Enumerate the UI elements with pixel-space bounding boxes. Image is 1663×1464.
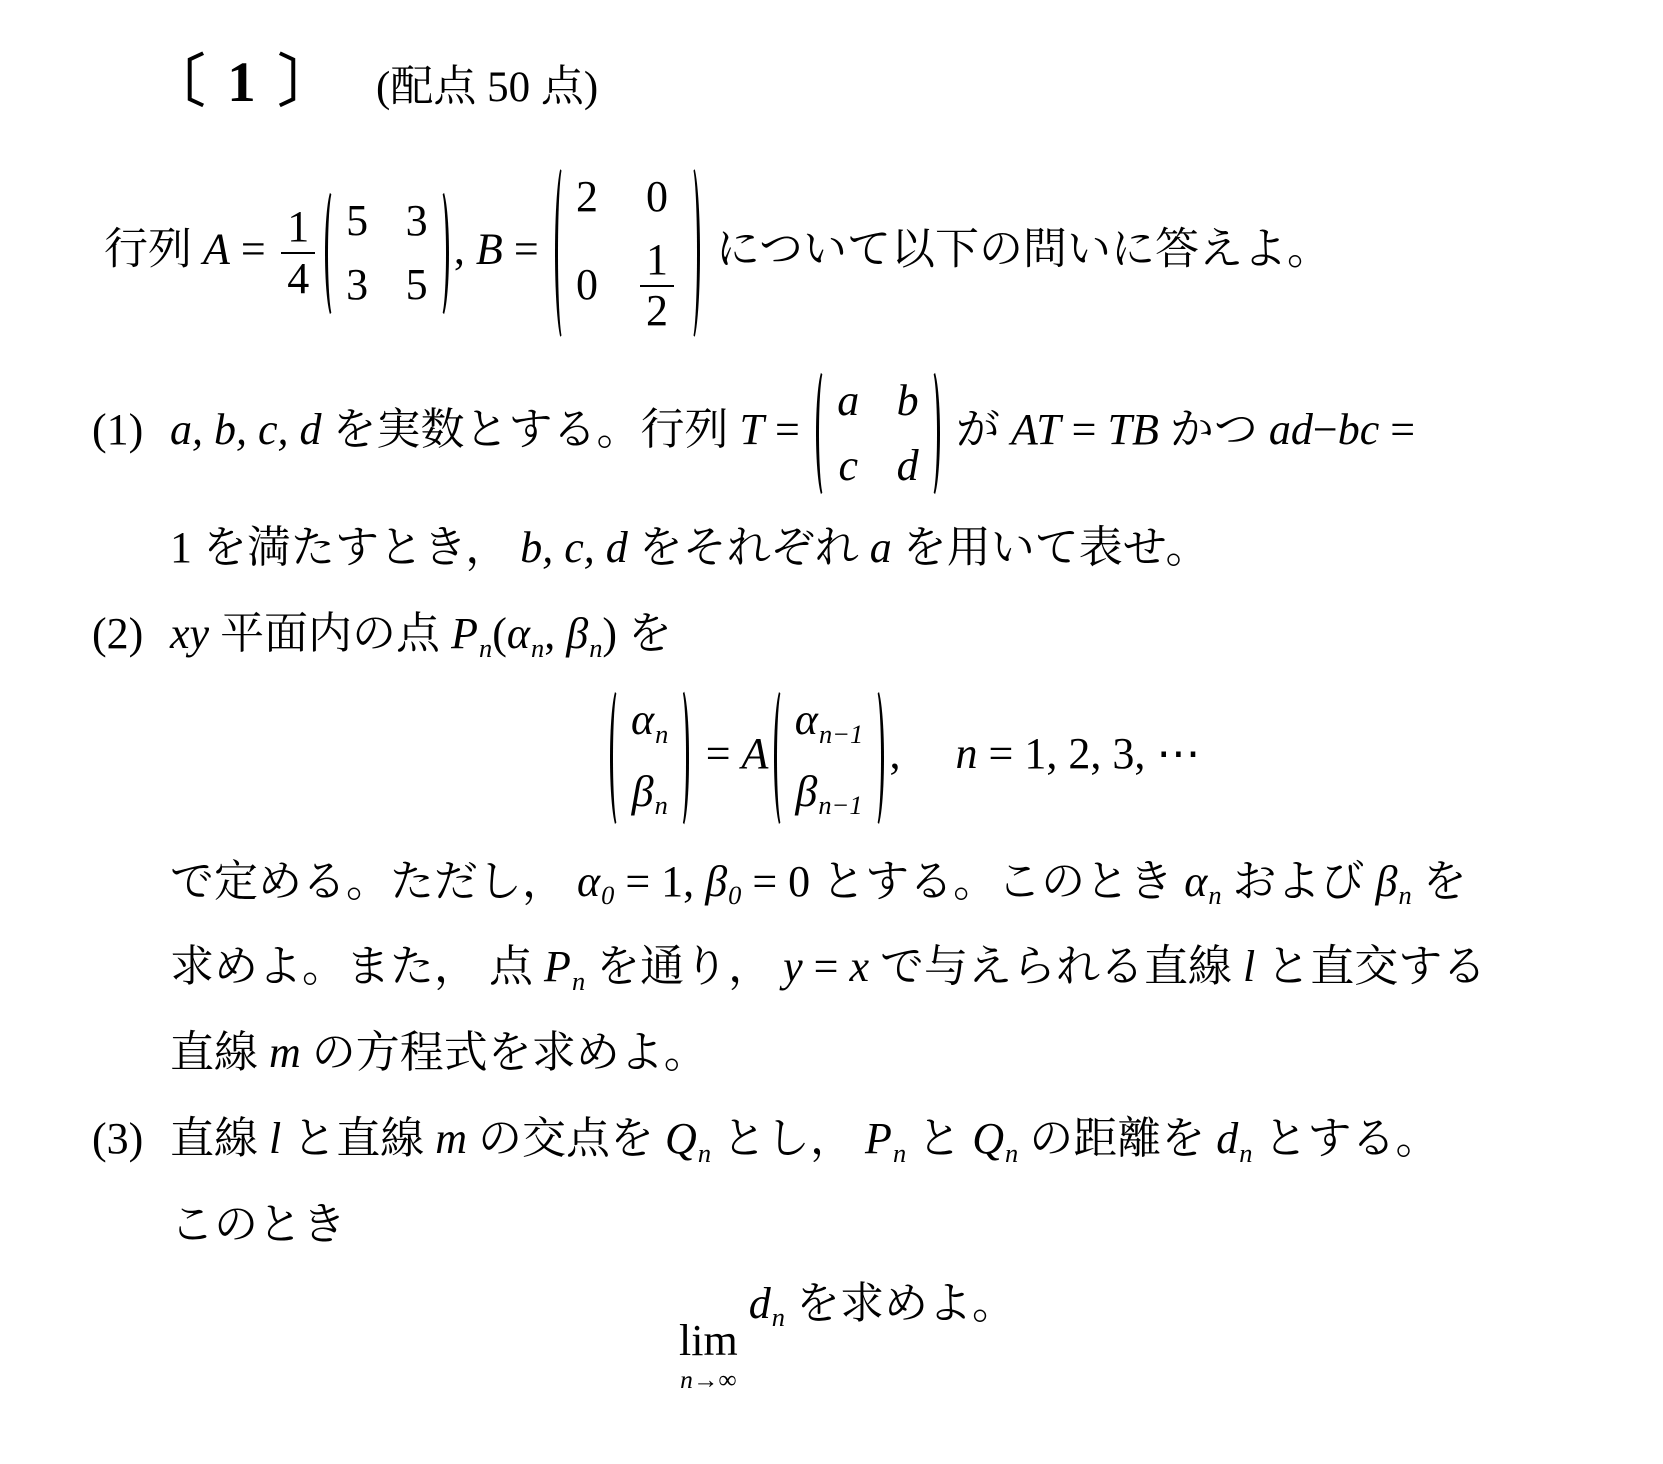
- right-paren-icon: [433, 188, 449, 319]
- math-run: = 0: [741, 857, 810, 906]
- math-run: bc: [1338, 405, 1380, 454]
- text-run: で定める。ただし，: [170, 857, 577, 906]
- text-run: と直線: [281, 1114, 435, 1163]
- sub-base: P: [451, 609, 478, 658]
- left-paren-icon: [816, 368, 832, 499]
- math-run: m: [435, 1114, 467, 1163]
- sub-script: 0: [601, 880, 614, 910]
- numerator: 1: [281, 204, 315, 254]
- subscript-term: βn: [566, 609, 602, 658]
- subscript-term: dn: [749, 1279, 785, 1328]
- text-run: を通り，: [585, 942, 783, 991]
- sub-script: n: [1399, 880, 1412, 910]
- math-run: A: [742, 729, 769, 778]
- math-run: m: [269, 1028, 301, 1077]
- left-paren-icon: [610, 687, 626, 829]
- math-run: (: [492, 609, 507, 658]
- math-run: 3: [346, 260, 368, 311]
- sub-script: n: [655, 719, 668, 749]
- math-run: ,: [454, 224, 476, 273]
- matrix-cells: abcd: [832, 368, 924, 499]
- subscript-term: Qn: [972, 1114, 1018, 1163]
- math-run: xy: [170, 609, 209, 658]
- math-run: 2: [576, 172, 598, 223]
- math-run: c: [838, 441, 858, 492]
- math-run: =: [1061, 405, 1108, 454]
- fraction: 14: [281, 204, 315, 302]
- sub-base: P: [865, 1114, 892, 1163]
- item1-label: (1): [92, 405, 170, 456]
- math-run: = 1, 2, 3, ⋯: [978, 729, 1201, 778]
- math-run: =: [764, 405, 811, 454]
- item3-line2: このとき: [170, 1182, 1603, 1268]
- math-run: 3: [406, 196, 428, 247]
- numerator: 1: [640, 237, 674, 287]
- text-run: とする。このとき: [810, 857, 1184, 906]
- sub-base: Q: [972, 1114, 1004, 1163]
- sub-script: n: [772, 1302, 785, 1332]
- math-run: b, c, d: [520, 523, 628, 572]
- subscript-term: αn: [1184, 857, 1221, 906]
- sub-base: α: [1184, 857, 1207, 906]
- limit-word: lim: [679, 1319, 738, 1363]
- math-run: =: [803, 942, 850, 991]
- math-run: y: [783, 942, 803, 991]
- matrix: abcd: [816, 368, 940, 499]
- left-paren-icon: [555, 164, 571, 342]
- sub-script: n: [893, 1138, 906, 1168]
- text-run: と: [906, 1114, 972, 1163]
- right-paren-icon: [924, 368, 940, 499]
- right-paren-icon: [868, 687, 884, 829]
- math-run: b: [897, 376, 919, 427]
- item3-line1-runs: 直線 l と直線 m の交点を Qn とし， Pn と Qn の距離を dn と…: [170, 1114, 1439, 1163]
- text-run: をそれぞれ: [628, 523, 870, 572]
- item2-body-line3: 直線 m の方程式を求めよ。: [170, 1010, 1603, 1096]
- text-run: を用いて表せ。: [892, 523, 1210, 572]
- text-run: 平面内の点: [209, 609, 451, 658]
- math-run: AT: [1011, 405, 1061, 454]
- sub-script: n: [1208, 880, 1221, 910]
- subscript-term: α0: [577, 857, 614, 906]
- text-run: の距離を: [1018, 1114, 1216, 1163]
- item1-line1: (1)a, b, c, d を実数とする。行列 T = abcd が AT = …: [92, 368, 1603, 499]
- sub-base: d: [1216, 1114, 1238, 1163]
- text-run: とし，: [711, 1114, 865, 1163]
- item2-body-line1: で定める。ただし， α0 = 1, β0 = 0 とする。このとき αn および…: [170, 839, 1603, 925]
- math-run: =: [695, 729, 742, 778]
- math-run: TB: [1108, 405, 1159, 454]
- exam-page: 〔 1 〕 (配点 50 点) 行列 A = 145335, B = 20012…: [0, 0, 1663, 1464]
- item1-line2: 1 を満たすとき， b, c, d をそれぞれ a を用いて表せ。: [170, 505, 1603, 591]
- text-run: の方程式を求めよ。: [301, 1028, 708, 1077]
- subscript-term: Qn: [665, 1114, 711, 1163]
- sub-script: n: [1239, 1138, 1252, 1168]
- subscript-term: αn: [631, 695, 668, 749]
- vector-cells: αnβn: [626, 687, 674, 829]
- left-paren-icon: [325, 188, 341, 319]
- text-run: 直線: [170, 1028, 269, 1077]
- sub-base: P: [544, 942, 571, 991]
- limit-operator: limn→∞: [679, 1319, 738, 1392]
- column-vector: αn−1βn−1: [774, 687, 885, 829]
- math-run: n: [956, 729, 978, 778]
- math-run: ,: [544, 609, 566, 658]
- column-vector: αnβn: [610, 687, 690, 829]
- text-run: で与えられる直線: [869, 942, 1243, 991]
- matrix: 20012: [555, 164, 700, 342]
- math-run: 0: [576, 260, 598, 311]
- math-run: l: [1243, 942, 1255, 991]
- item3-line1: (3)直線 l と直線 m の交点を Qn とし， Pn と Qn の距離を d…: [92, 1096, 1603, 1182]
- math-run: 0: [646, 172, 668, 223]
- display-equation: αnβn = Aαn−1βn−1, n = 1, 2, 3, ⋯: [92, 687, 1603, 829]
- math-run: ad: [1269, 405, 1313, 454]
- math-run: A: [203, 224, 230, 273]
- item2-line1: (2)xy 平面内の点 Pn(αn, βn) を: [92, 591, 1603, 677]
- points-label: (配点 50 点): [376, 64, 598, 111]
- math-run: = 1,: [614, 857, 705, 906]
- math-run: a: [837, 376, 859, 427]
- text-run: を求めよ。: [785, 1279, 1016, 1328]
- subscript-term: βn−1: [795, 767, 862, 821]
- math-run: [738, 1279, 749, 1328]
- sub-script: n−1: [818, 790, 862, 820]
- text-run: とする。: [1252, 1114, 1439, 1163]
- problem-number: 〔 1 〕: [148, 51, 339, 114]
- sub-script: n: [479, 633, 492, 663]
- subscript-term: βn: [1376, 857, 1412, 906]
- right-paren-icon: [684, 164, 700, 342]
- math-run: ,: [890, 729, 956, 778]
- math-run: 5: [346, 196, 368, 247]
- math-run: 5: [406, 260, 428, 311]
- text-run: および: [1222, 857, 1376, 906]
- text-run: を実数とする。行列: [322, 405, 740, 454]
- sub-script: n: [572, 966, 585, 996]
- sub-script: 0: [728, 880, 741, 910]
- sub-base: β: [705, 857, 727, 906]
- limit-var: n: [680, 1365, 693, 1394]
- text-run: 求めよ。また， 点: [170, 942, 544, 991]
- subscript-term: Pn: [544, 942, 585, 991]
- sub-script: n: [698, 1138, 711, 1168]
- sub-base: Q: [665, 1114, 697, 1163]
- text-run: このとき: [170, 1200, 346, 1249]
- item3-label: (3): [92, 1096, 170, 1182]
- right-paren-icon: [674, 687, 690, 829]
- sub-base: α: [577, 857, 600, 906]
- sub-base: β: [632, 767, 654, 816]
- intro-line: 行列 A = 145335, B = 20012 について以下の問いに答えよ。: [104, 164, 1603, 342]
- item1-line1-runs: a, b, c, d を実数とする。行列 T = abcd が AT = TB …: [170, 405, 1415, 454]
- text-run: が: [945, 405, 1011, 454]
- math-run: B: [476, 224, 503, 273]
- fraction: 12: [640, 237, 674, 335]
- math-run: a: [870, 523, 892, 572]
- math-run: x: [850, 942, 870, 991]
- math-run: =: [230, 224, 277, 273]
- sub-base: α: [795, 695, 818, 744]
- subscript-term: Pn: [865, 1114, 906, 1163]
- matrix-cells: 20012: [571, 164, 684, 342]
- math-run: =: [503, 224, 550, 273]
- limit-under: n→∞: [680, 1367, 736, 1393]
- text-run: の交点を: [467, 1114, 665, 1163]
- item2-label: (2): [92, 591, 170, 677]
- sub-base: α: [507, 609, 530, 658]
- sub-script: n: [1005, 1138, 1018, 1168]
- sub-base: β: [1376, 857, 1398, 906]
- subscript-term: Pn: [451, 609, 492, 658]
- text-run: 直線: [170, 1114, 269, 1163]
- sub-base: β: [795, 767, 817, 816]
- sub-script: n: [589, 633, 602, 663]
- math-run: −: [1313, 405, 1338, 454]
- limit-arrow: →∞: [693, 1365, 737, 1394]
- sub-base: β: [566, 609, 588, 658]
- subscript-term: β0: [705, 857, 741, 906]
- sub-script: n−1: [819, 719, 863, 749]
- text-run: を: [1412, 857, 1467, 906]
- text-run: を: [617, 609, 672, 658]
- math-run: a, b, c, d: [170, 405, 322, 454]
- text-run: と直交する: [1255, 942, 1486, 991]
- math-run: ): [602, 609, 617, 658]
- denominator: 2: [646, 287, 668, 335]
- math-run: =: [1379, 405, 1415, 454]
- math-run: d: [897, 441, 919, 492]
- vector-cells: αn−1βn−1: [790, 687, 869, 829]
- math-run: 1: [170, 523, 192, 572]
- matrix: 5335: [325, 188, 449, 319]
- sub-script: n: [531, 633, 544, 663]
- sub-script: n: [655, 790, 668, 820]
- denominator: 4: [287, 254, 309, 302]
- text-run: かつ: [1159, 405, 1269, 454]
- problem-header: 〔 1 〕 (配点 50 点): [148, 36, 1603, 118]
- text-run: について以下の問いに答えよ。: [705, 224, 1331, 273]
- item2-line1-runs: xy 平面内の点 Pn(αn, βn) を: [170, 609, 672, 658]
- math-run: l: [269, 1114, 281, 1163]
- matrix-cells: 5335: [341, 188, 433, 319]
- subscript-term: dn: [1216, 1114, 1252, 1163]
- item2-body-line2: 求めよ。また， 点 Pn を通り， y = x で与えられる直線 l と直交する: [170, 924, 1603, 1010]
- subscript-term: αn−1: [795, 695, 863, 749]
- math-run: T: [740, 405, 764, 454]
- subscript-term: αn: [507, 609, 544, 658]
- text-run: 行列: [104, 224, 203, 273]
- sub-base: α: [631, 695, 654, 744]
- left-paren-icon: [774, 687, 790, 829]
- subscript-term: βn: [632, 767, 668, 821]
- sub-base: d: [749, 1279, 771, 1328]
- text-run: を満たすとき，: [192, 523, 520, 572]
- final-line: limn→∞ dn を求めよ。: [92, 1278, 1603, 1392]
